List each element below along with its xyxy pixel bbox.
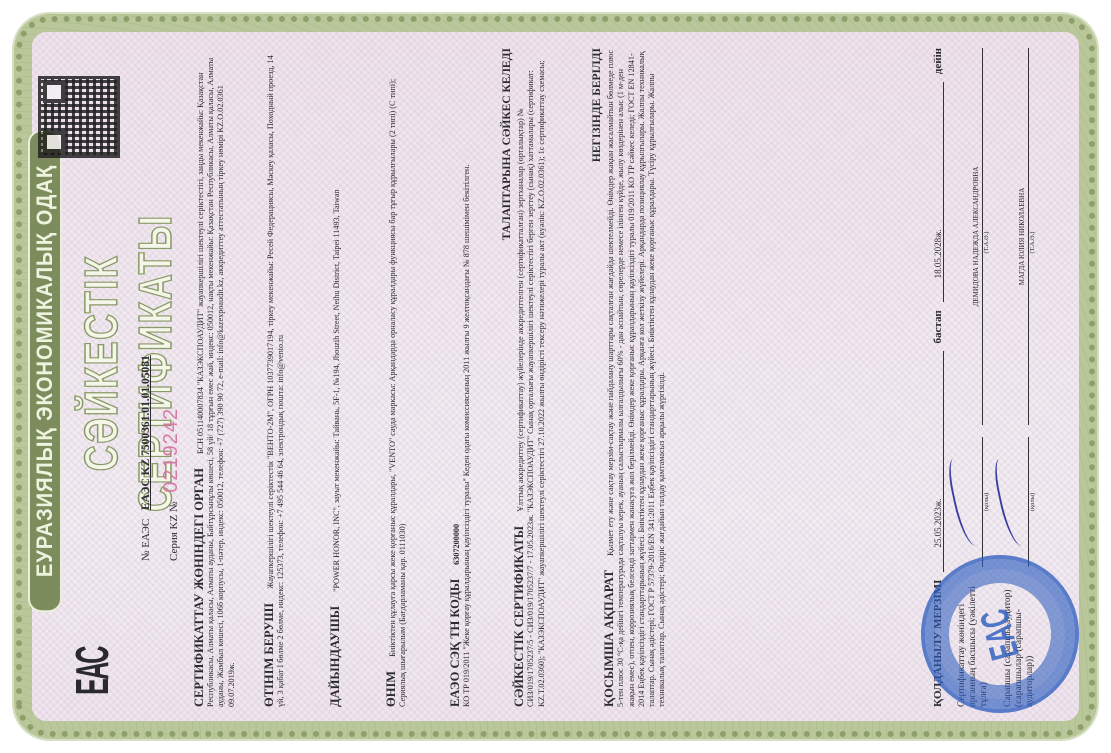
qr-code-icon — [38, 76, 120, 158]
certificate-paper: ЕУРАЗИЯЛЫҚ ЭКОНОМИКАЛЫҚ ОДАҚ ЕАС СӘЙКЕСТ… — [32, 32, 1079, 721]
certificate-series: Серия KZ № 0219242 — [160, 355, 183, 561]
requirements-heading: ТАЛАПТАРЫНА СӘЙКЕС КЕЛЕДІ — [502, 48, 512, 707]
series-label: Серия KZ № — [168, 502, 180, 561]
section-text: "POWER HONOR, INC", зауыт мекенжайы: Тай… — [332, 189, 341, 591]
certificate-document: ЕУРАЗИЯЛЫҚ ЭКОНОМИКАЛЫҚ ОДАҚ ЕАС СӘЙКЕСТ… — [0, 0, 1111, 753]
section-heading: ӨНІМ — [384, 671, 398, 707]
seal-text: ЕАС — [972, 604, 1028, 664]
section-product: ӨНІМ Биіктіктен құлауға қарсы жеке қорға… — [386, 48, 408, 707]
certificate-numbers: № ЕАЭС ЕАЭС KZ 7500361.01.01.05081 Серия… — [140, 355, 191, 561]
name-caption: (Т.А.Ә.) — [983, 48, 990, 437]
section-tn-ved: ЕАЭО СЭҚ ТН КОДЫ 6307200000 КО ТР 019/20… — [450, 48, 472, 707]
section-heading: ӨТІНІМ БЕРУШІ — [262, 603, 276, 707]
section-heading: СЕРТИФИКАТТАУ ЖӨНІНДЕГІ ОРГАН — [192, 468, 206, 707]
signatory-name: МАГДА ЮЛИЯ НИКОЛАЕВНА — [1018, 48, 1029, 425]
section-additional-info: НЕГІЗІНДЕ БЕРІЛДІ ҚОСЫМША АҚПАРАТ Қызмет… — [592, 48, 667, 707]
validity-from-label: бастап — [932, 310, 944, 343]
series-value: 0219242 — [160, 408, 182, 493]
basis-heading: НЕГІЗІНДЕ БЕРІЛДІ — [592, 48, 602, 707]
section-heading: ЕАЭО СЭҚ ТН КОДЫ — [448, 579, 462, 707]
number-label: № ЕАЭС — [140, 519, 152, 561]
tn-ved-code: 6307200000 — [452, 524, 461, 565]
section-heading: ҚОСЫМША АҚПАРАТ — [602, 570, 616, 707]
signature-scribble — [952, 437, 983, 567]
signature-caption: (қолы) — [983, 437, 990, 567]
section-text: Биіктіктен құлауға қарсы жеке қорғаныс қ… — [388, 79, 407, 707]
eac-logo-icon: ЕАС — [52, 661, 132, 695]
certificate-number: № ЕАЭС ЕАЭС KZ 7500361.01.01.05081 — [140, 355, 152, 561]
union-banner: ЕУРАЗИЯЛЫҚ ЭКОНОМИКАЛЫҚ ОДАҚ — [28, 130, 62, 612]
section-issued-basis: ТАЛАПТАРЫНА СӘЙКЕС КЕЛЕДІ СӘЙКЕСТІК СЕРТ… — [502, 48, 547, 707]
signature-scribble — [998, 437, 1029, 567]
section-heading: ДАЙЫНДАУШЫ — [328, 606, 342, 707]
name-caption: (Т.А.Ә.) — [1029, 48, 1036, 437]
section-heading: СӘЙКЕСТІК СЕРТИФИКАТЫ — [512, 526, 526, 707]
validity-to-label: дейін — [932, 48, 944, 74]
section-manufacturer: ДАЙЫНДАУШЫ "POWER HONOR, INC", зауыт мек… — [330, 48, 342, 707]
validity-end-date: 18.05.2028ж. — [933, 82, 944, 302]
section-applicant: ӨТІНІМ БЕРУШІ Жауапкершілігі шектеулі се… — [264, 48, 286, 707]
number-value: ЕАЭС KZ 7500361.01.01.05081 — [140, 355, 152, 510]
section-text: КО ТР 019/2011 "Жеке қорғау құралдарының… — [462, 165, 471, 707]
signatory-name: ДЕМИДОВА НАДЕЖДА АЛЕКСАНДРОВНА — [972, 48, 983, 425]
validity-start-date: 25.05.2023ж. — [933, 351, 944, 571]
section-certification-body: СЕРТИФИКАТТАУ ЖӨНІНДЕГІ ОРГАН БСН 051140… — [194, 48, 237, 707]
signature-caption: (қолы) — [1029, 437, 1036, 567]
